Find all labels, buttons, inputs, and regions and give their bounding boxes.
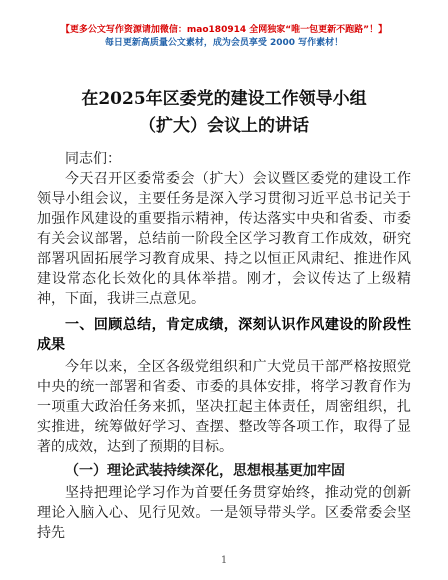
promo-header-line2: 每日更新高质量公文素材，成为会员享受 2000 写作素材！	[37, 37, 411, 50]
paragraph: 今年以来，全区各级党组织和广大党员干部严格按照党中央的统一部署和省委、市委的具体…	[37, 357, 411, 457]
paragraph: 同志们：	[37, 149, 411, 169]
paragraph: 坚持把理论学习作为首要任务贯穿始终，推动党的创新理论入脑入心、见行见效。一是领导…	[37, 483, 411, 543]
paragraph: 今天召开区委常委会（扩大）会议暨区委党的建设工作领导小组会议，主要任务是深入学习…	[37, 169, 411, 309]
promo-header: 【更多公文写作资源请加微信：mao180914 全网独家“唯一包更新不跑路”！】…	[37, 24, 411, 50]
document-title: 在2025年区委党的建设工作领导小组（扩大）会议上的讲话	[37, 86, 411, 140]
document-body: 同志们：今天召开区委常委会（扩大）会议暨区委党的建设工作领导小组会议，主要任务是…	[37, 149, 411, 543]
section-heading: （一）理论武装持续深化，思想根基更加牢固	[37, 461, 411, 481]
page-number: 1	[0, 555, 448, 566]
section-heading: 一、回顾总结，肯定成绩，深刻认识作风建设的阶段性成果	[37, 315, 411, 355]
promo-header-line1: 【更多公文写作资源请加微信：mao180914 全网独家“唯一包更新不跑路”！】	[37, 24, 411, 37]
document-page: 【更多公文写作资源请加微信：mao180914 全网独家“唯一包更新不跑路”！】…	[0, 0, 448, 580]
